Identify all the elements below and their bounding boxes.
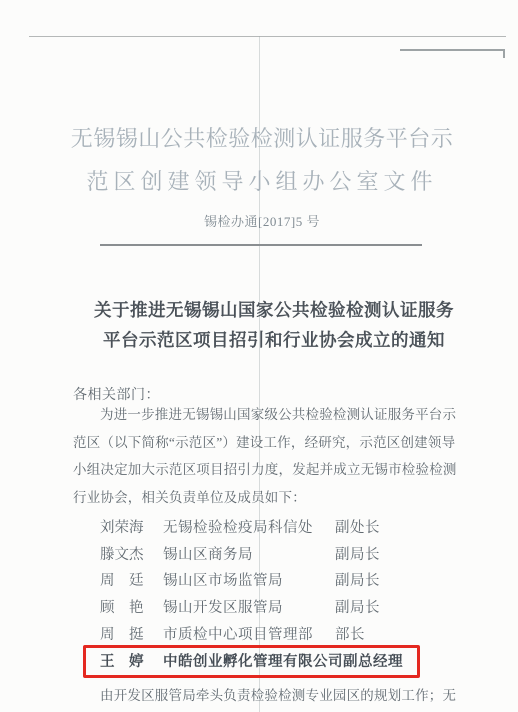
member-row: 王 婷 中皓创业孵化管理有限公司 副总经理	[100, 647, 418, 674]
member-org: 锡山区市场监管局	[163, 569, 335, 590]
scanned-document-page: 无锡锡山公共检验检测认证服务平台示 范区创建领导小组办公室文件 锡检办通[201…	[0, 0, 518, 712]
letterhead: 无锡锡山公共检验检测认证服务平台示 范区创建领导小组办公室文件 锡检办通[201…	[6, 126, 518, 230]
member-name: 滕文杰	[100, 543, 145, 564]
paragraph-line: 行业协会，相关负责单位及成员如下：	[73, 484, 455, 512]
member-org: 市质检中心项目管理部	[163, 623, 335, 644]
closing-line: 由开发区服管局牵头负责检验检测专业园区的规划工作；无	[73, 684, 463, 704]
document-title: 关于推进无锡锡山国家公共检验检测认证服务 平台示范区项目招引和行业协会成立的通知	[30, 295, 518, 355]
scan-edge-line-top-right	[400, 49, 505, 51]
member-title: 副局长	[335, 569, 380, 590]
member-row: 周 挺 市质检中心项目管理部 部长	[100, 620, 418, 647]
member-row: 滕文杰 锡山区商务局 副局长	[100, 540, 418, 567]
separator-rule	[100, 244, 422, 246]
member-title: 副局长	[335, 596, 380, 617]
member-name: 王 婷	[100, 650, 145, 671]
document-number: 锡检办通[2017]5 号	[6, 214, 518, 230]
scan-edge-line-top	[29, 36, 506, 37]
letterhead-org-line1: 无锡锡山公共检验检测认证服务平台示	[6, 126, 518, 152]
paragraph-line: 为进一步推进无锡锡山国家级公共检验检测认证服务平台示	[73, 401, 455, 429]
paragraph-line: 小组决定加大示范区项目招引力度，发起并成立无锡市检验检测	[73, 456, 455, 484]
member-title: 副总经理	[343, 650, 403, 671]
member-row: 顾 艳 锡山开发区服管局 副局长	[100, 593, 418, 620]
member-name: 周 挺	[100, 623, 145, 644]
body-paragraph: 为进一步推进无锡锡山国家级公共检验检测认证服务平台示范区（以下简称“示范区”）建…	[73, 401, 455, 511]
letterhead-org-line2: 范区创建领导小组办公室文件	[6, 169, 518, 195]
member-title: 部长	[335, 623, 365, 644]
member-org: 锡山区商务局	[163, 543, 335, 564]
member-name: 刘荣海	[100, 516, 145, 537]
member-row: 周 廷 锡山区市场监管局 副局长	[100, 567, 418, 594]
members-list: 刘荣海 无锡检验检疫局科信处 副处长 滕文杰 锡山区商务局 副局长 周 廷 锡山…	[100, 513, 418, 674]
document-title-line1: 关于推进无锡锡山国家公共检验检测认证服务	[30, 295, 518, 325]
document-title-line2: 平台示范区项目招引和行业协会成立的通知	[30, 325, 518, 355]
member-org: 锡山开发区服管局	[163, 596, 335, 617]
paragraph-line: 范区（以下简称“示范区”）建设工作，经研究，示范区创建领导	[73, 429, 455, 457]
member-name: 顾 艳	[100, 596, 145, 617]
member-org: 中皓创业孵化管理有限公司	[163, 650, 343, 671]
member-title: 副局长	[335, 543, 380, 564]
member-title: 副处长	[335, 516, 380, 537]
member-name: 周 廷	[100, 569, 145, 590]
member-org: 无锡检验检疫局科信处	[163, 516, 335, 537]
member-row: 刘荣海 无锡检验检疫局科信处 副处长	[100, 513, 418, 540]
